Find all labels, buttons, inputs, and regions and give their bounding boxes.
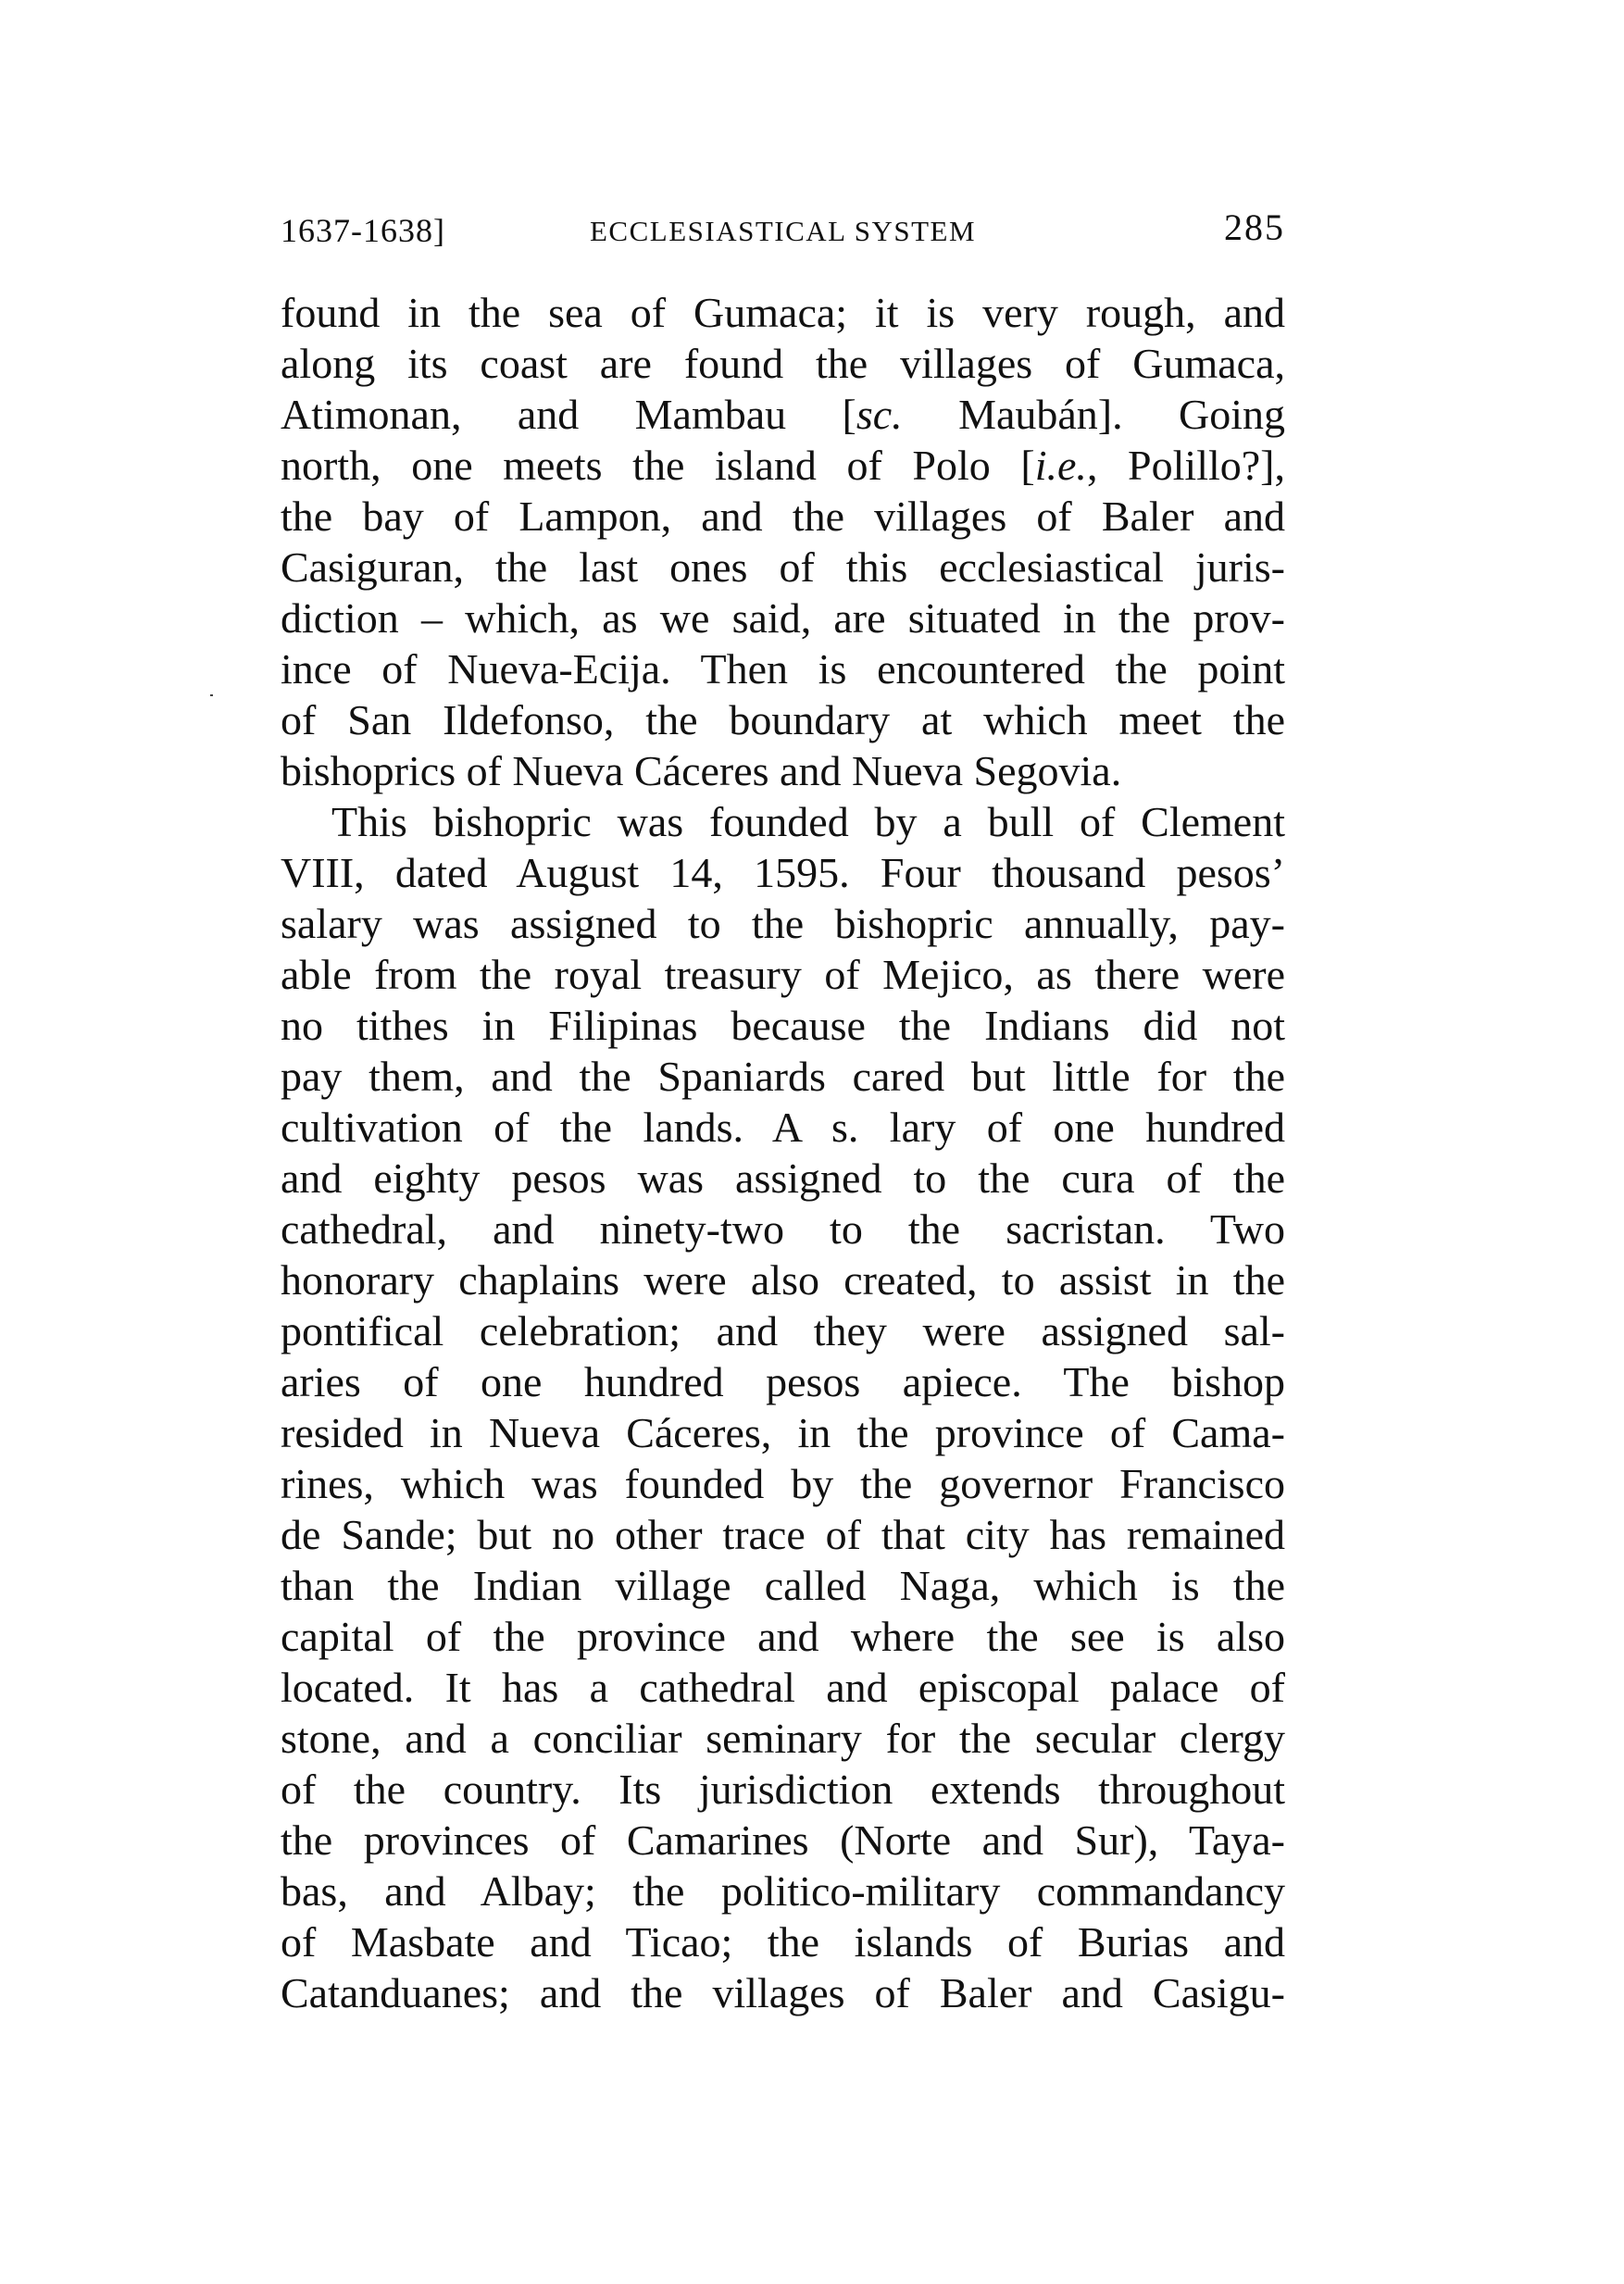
text-line: cultivation of the lands. A s. lary of o… [281, 1102, 1285, 1153]
text-line: honorary chaplains were also created, to… [281, 1254, 1285, 1305]
text-line: VIII, dated August 14, 1595. Four thousa… [281, 847, 1285, 898]
text-line: Catanduanes; and the villages of Baler a… [281, 1967, 1285, 2018]
book-page: 1637-1638] Ecclesiastical System 285 fou… [0, 0, 1624, 2284]
text-line: rines, which was founded by the governor… [281, 1458, 1285, 1509]
text-line: capital of the province and where the se… [281, 1611, 1285, 1662]
text-line: the bay of Lampon, and the villages of B… [281, 491, 1285, 542]
text-line: able from the royal treasury of Mejico, … [281, 949, 1285, 1000]
text-line: de Sande; but no other trace of that cit… [281, 1509, 1285, 1560]
text-line: Casiguran, the last ones of this ecclesi… [281, 542, 1285, 593]
scan-speck [210, 694, 213, 696]
text-line: salary was assigned to the bishopric ann… [281, 898, 1285, 949]
text-line: of the country. Its jurisdiction extends… [281, 1764, 1285, 1815]
text-line: no tithes in Filipinas because the India… [281, 1000, 1285, 1051]
text-line: bas, and Albay; the politico-military co… [281, 1866, 1285, 1916]
text-line: ince of Nueva-Ecija. Then is encountered… [281, 643, 1285, 694]
text-line: north, one meets the island of Polo [i.e… [281, 440, 1285, 491]
text-line: than the Indian village called Naga, whi… [281, 1560, 1285, 1611]
text-line: diction – which, as we said, are situate… [281, 593, 1285, 643]
text-line: pontifical celebration; and they were as… [281, 1305, 1285, 1356]
text-line: the provinces of Camarines (Norte and Su… [281, 1815, 1285, 1866]
body-text: found in the sea of Gumaca; it is very r… [281, 287, 1285, 2018]
text-line: stone, and a conciliar seminary for the … [281, 1713, 1285, 1764]
text-line: cathedral, and ninety-two to the sacrist… [281, 1204, 1285, 1254]
text-line: found in the sea of Gumaca; it is very r… [281, 287, 1285, 338]
page-number: 285 [1224, 206, 1285, 249]
text-line: of San Ildefonso, the boundary at which … [281, 694, 1285, 745]
text-line: and eighty pesos was assigned to the cur… [281, 1153, 1285, 1204]
text-segment: , Polillo?], [1087, 442, 1285, 489]
text-line: of Masbate and Ticao; the islands of Bur… [281, 1916, 1285, 1967]
text-line: bishoprics of Nueva Cáceres and Nueva Se… [281, 745, 1285, 796]
text-line: aries of one hundred pesos apiece. The b… [281, 1356, 1285, 1407]
text-segment: Atimonan, and Mambau [ [281, 391, 856, 438]
text-line: pay them, and the Spaniards cared but li… [281, 1051, 1285, 1102]
text-segment: Maubán]. Going [903, 391, 1285, 438]
text-line: along its coast are found the villages o… [281, 338, 1285, 389]
text-line: resided in Nueva Cáceres, in the provinc… [281, 1407, 1285, 1458]
text-segment: north, one meets the island of Polo [ [281, 442, 1035, 489]
italic-abbreviation: sc. [856, 391, 903, 438]
running-header: 1637-1638] Ecclesiastical System 285 [281, 206, 1285, 250]
header-title: Ecclesiastical System [281, 215, 1285, 248]
text-line: located. It has a cathedral and episcopa… [281, 1662, 1285, 1713]
italic-abbreviation: i.e. [1035, 442, 1087, 489]
paragraph-start-line: This bishopric was founded by a bull of … [281, 796, 1285, 847]
text-line: Atimonan, and Mambau [sc. Maubán]. Going [281, 389, 1285, 440]
